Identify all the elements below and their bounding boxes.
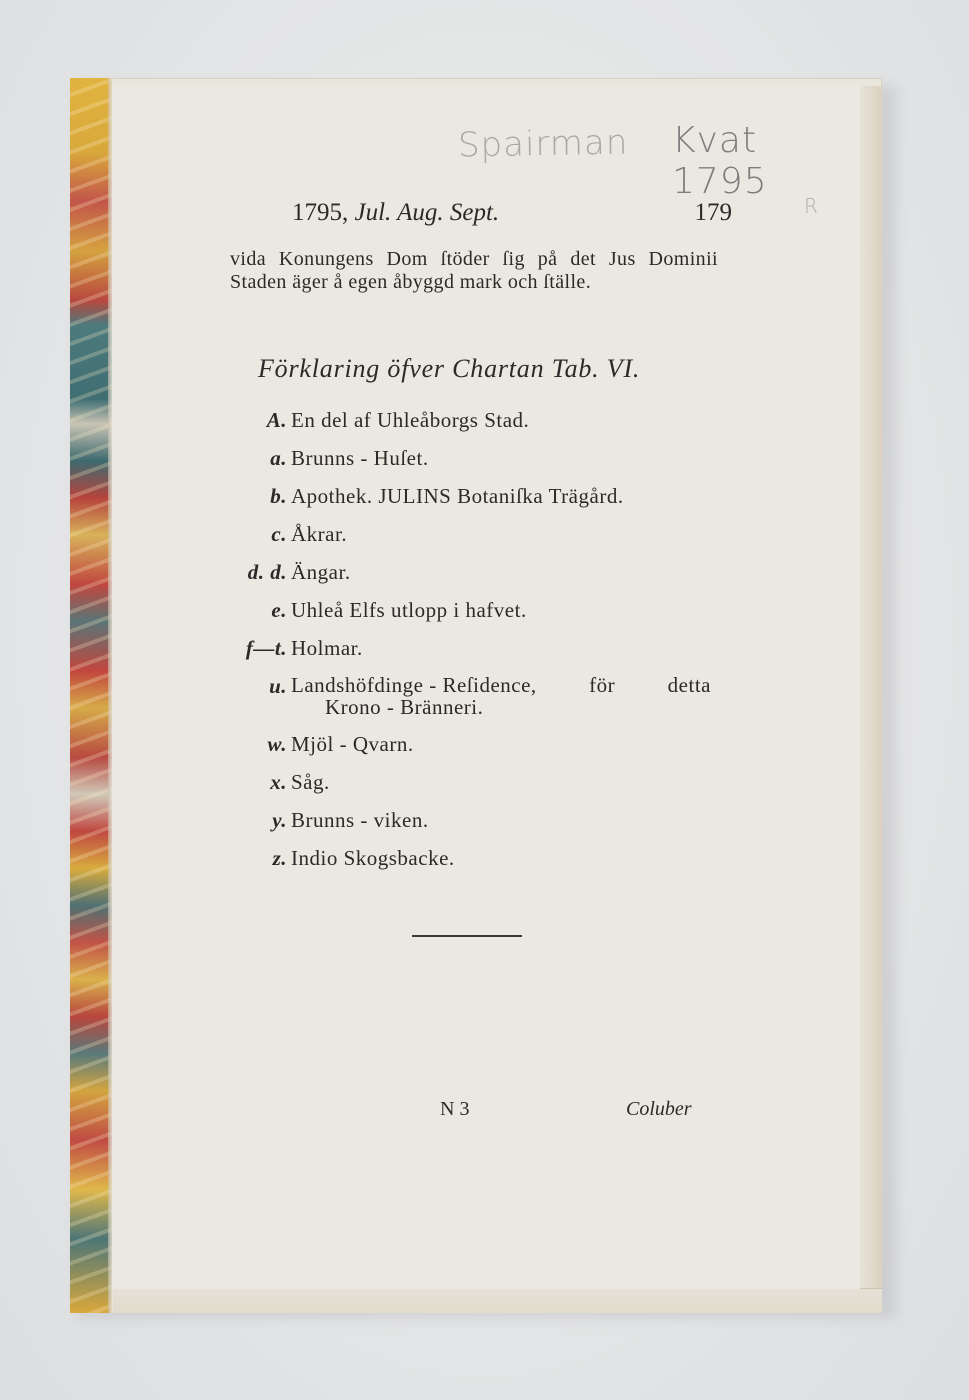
legend-key: w. [268,732,287,757]
legend-item: a.Brunns - Huſet. [212,446,732,484]
page-leaf: Spairman Kvat 1795 R 1795, Jul. Aug. Sep… [112,84,860,1289]
legend-desc: Brunns - Huſet. [291,446,429,471]
horizontal-rule [412,935,522,937]
legend-desc: Mjöl - Qvarn. [291,732,414,757]
pencil-annotation-ref: Kvat 1795 [672,120,860,202]
running-head-date: 1795, Jul. Aug. Sept. [292,199,499,227]
legend-desc: Apothek. JULINS Botaniſka Trägård. [291,484,624,509]
legend-key: e. [271,598,287,623]
legend-item: u. Landshöfdinge - Reſidence, för detta … [212,674,732,732]
legend-item: e.Uhleå Elfs utlopp i hafvet. [212,598,732,636]
legend-desc-line1: Landshöfdinge - Reſidence, för detta [291,674,711,696]
signature-mark: N 3 [440,1098,469,1121]
legend-item: b.Apothek. JULINS Botaniſka Trägård. [212,484,732,522]
legend-desc: Indio Skogsbacke. [291,846,455,871]
running-head-months: Jul. Aug. Sept. [355,199,500,226]
page-number: 179 [695,199,733,227]
legend-desc-part: för [589,674,615,696]
legend-item: c.Åkrar. [212,522,732,560]
running-head-year: 1795, [292,199,348,226]
legend-key: d. d. [248,560,287,585]
legend-item: f—t.Holmar. [212,636,732,674]
legend-key: b. [270,484,287,509]
legend-key: A. [267,408,287,433]
marbled-spine [70,78,112,1313]
legend-desc: Ängar. [291,560,351,585]
legend-key: c. [271,522,287,547]
body-paragraph: vida Konungens Dom ſtöder ſig på det Jus… [230,248,718,294]
legend-key: f—t. [246,636,287,661]
pencil-annotation-mark: R [804,194,819,218]
deckle-edge-bottom [110,1288,882,1313]
legend-key: y. [272,808,287,833]
legend-desc-part: Landshöfdinge - Reſidence, [291,674,537,696]
legend-item: w.Mjöl - Qvarn. [212,732,732,770]
legend-desc: Holmar. [291,636,363,661]
document-page: Spairman Kvat 1795 R 1795, Jul. Aug. Sep… [70,78,882,1313]
legend-desc-line2: Krono - Bränneri. [291,696,711,718]
legend-desc-part: detta [668,674,711,696]
legend-item: y.Brunns - viken. [212,808,732,846]
legend-item: d. d.Ängar. [212,560,732,598]
legend-item: x.Såg. [212,770,732,808]
legend-key: z. [273,846,287,871]
legend-item: z.Indio Skogsbacke. [212,846,732,884]
legend-desc: En del af Uhleåborgs Stad. [291,408,529,433]
catchword: Coluber [626,1098,692,1121]
legend-key: u. [269,674,287,699]
spine-edge [108,78,113,1313]
legend-key: a. [270,446,287,471]
legend-key: x. [270,770,287,795]
legend-desc: Landshöfdinge - Reſidence, för detta Kro… [291,674,711,718]
legend-desc: Brunns - viken. [291,808,429,833]
running-head: 1795, Jul. Aug. Sept. 179 [292,199,732,227]
legend-item: A.En del af Uhleåborgs Stad. [212,408,732,446]
legend-desc: Såg. [291,770,330,795]
deckle-edge-right [859,86,882,1313]
section-heading: Förklaring öfver Chartan Tab. VI. [258,354,640,384]
legend-desc: Uhleå Elfs utlopp i hafvet. [291,598,527,623]
legend-desc: Åkrar. [291,522,347,547]
legend-list: A.En del af Uhleåborgs Stad. a.Brunns - … [212,408,732,884]
pencil-annotation-name: Spairman [458,123,629,166]
